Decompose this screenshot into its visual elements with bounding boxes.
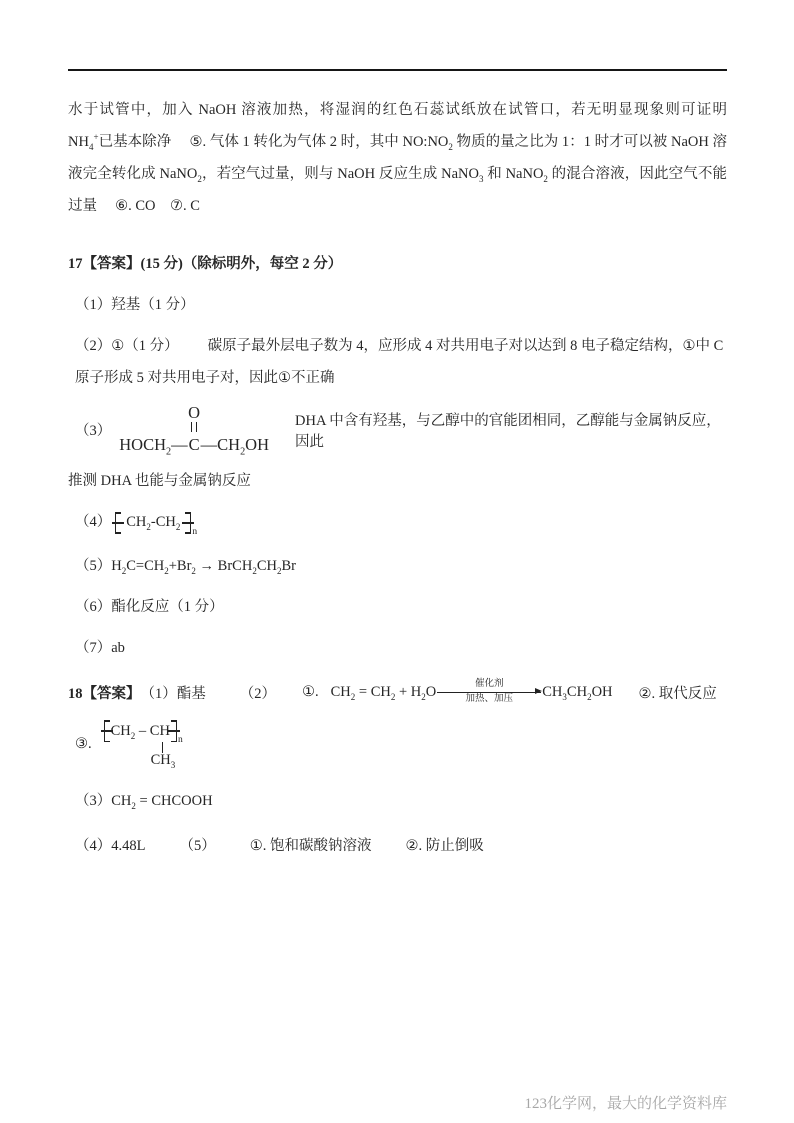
answer-18-item-3-polymer: ③. CH2 – CHn CH3: [68, 720, 727, 769]
arrowhead: [535, 688, 542, 694]
answer-18-item-4: （4）4.48L: [75, 834, 145, 855]
item-3-explanation: DHA 中含有羟基，与乙醇中的官能团相同，乙醇能与金属钠反应，因此: [295, 409, 727, 451]
catalyst-label: 催化剂: [475, 679, 504, 691]
reaction-arrow: [437, 692, 541, 694]
bond-through-bracket: [182, 522, 194, 524]
answer-18-items-4-5: （4）4.48L （5） ①. 饱和碳酸钠溶液 ②. 防止倒吸: [68, 834, 727, 855]
document-page: 水于试管中，加入 NaOH 溶液加热，将湿润的红色石蕊试纸放在试管口，若无明显现…: [68, 0, 727, 855]
circle-3-label: ③.: [75, 736, 92, 753]
answer-18-item-5-1: ①. 饱和碳酸钠溶液: [250, 834, 372, 855]
formula-right-group: CH2OH: [217, 435, 269, 455]
answer-17-item-1: （1）羟基（1 分）: [68, 293, 727, 314]
carbonyl-double-bond: [191, 422, 197, 432]
answer-18-item-3: （3）CH2 = CHCOOH: [68, 789, 727, 810]
answer-17-item-3: （3） O HOCH2 — C — CH2OH DHA 中含有羟基，与乙醇中的官…: [68, 404, 727, 455]
answer-18-item-2-label: （2）: [240, 682, 276, 703]
top-rule: [68, 69, 727, 71]
answer-17-title: 17【答案】(15 分)（除标明外，每空 2 分）: [68, 252, 727, 273]
intro-paragraph: 水于试管中，加入 NaOH 溶液加热，将湿润的红色石蕊试纸放在试管口，若无明显现…: [68, 94, 727, 222]
bond-through-bracket: [112, 522, 124, 524]
central-carbon-atom: C: [188, 435, 201, 455]
single-bond: —: [171, 435, 188, 455]
answer-17-item-2: （2）①（1 分） 碳原子最外层电子数为 4，应形成 4 对共用电子对以达到 8…: [68, 330, 727, 394]
answer-17-item-4: （4）CH2-CH2n: [68, 510, 727, 534]
answer-18-line-1: 18【答案】 （1）酯基 （2） ①. CH2 = CH2 + H2O 催化剂 …: [68, 679, 727, 706]
single-bond: —: [201, 435, 218, 455]
polymer-bracket-right: [170, 720, 177, 742]
answer-18-item-2-2: ②. 取代反应: [639, 682, 717, 703]
polymer-subscript-n: n: [178, 735, 183, 745]
polymer-repeat-unit: CH2 – CH: [111, 723, 170, 740]
answer-18-item-5-label: （5）: [179, 834, 215, 855]
bond-through-bracket: [101, 730, 113, 732]
polymer-repeat-unit: CH2-CH2: [122, 514, 184, 531]
reaction-condition-arrow: 催化剂 加热、加压: [437, 679, 541, 706]
answer-18-item-1: （1）酯基: [141, 682, 206, 703]
equation-product: CH3CH2OH: [542, 684, 612, 701]
item-4-label: （4）: [75, 514, 111, 530]
formula-left-group: HOCH2: [119, 435, 171, 455]
polypropylene-polymer-formula: CH2 – CHn CH3: [104, 720, 183, 769]
polyethylene-polymer-formula: CH2-CH2n: [115, 512, 197, 534]
answer-18-heading: 18【答案】: [68, 682, 141, 703]
polymer-bracket-right: [184, 512, 191, 534]
answer-18-item-5-2: ②. 防止倒吸: [405, 834, 483, 855]
heat-pressure-label: 加热、加压: [465, 694, 513, 706]
methyl-branch: CH3: [151, 753, 176, 769]
bond-through-bracket: [168, 730, 180, 732]
polymer-bracket-left: [104, 720, 111, 742]
item-3-label: （3）: [75, 419, 111, 440]
dha-structural-formula: O HOCH2 — C — CH2OH: [119, 404, 269, 455]
equation-reactants: CH2 = CH2 + H2O: [331, 684, 437, 701]
equation-circle-1: ①.: [302, 684, 319, 701]
polymer-subscript-n: n: [192, 527, 197, 537]
answer-17-item-3-continuation: 推测 DHA 也能与金属钠反应: [68, 469, 727, 490]
carbonyl-oxygen-atom: O: [188, 404, 200, 421]
watermark: 123化学网，最大的化学资料库: [524, 1092, 727, 1113]
answer-17-item-7: （7）ab: [68, 636, 727, 657]
answer-17-item-6: （6）酯化反应（1 分）: [68, 595, 727, 616]
polymer-bracket-left: [115, 512, 122, 534]
answer-18-section: 18【答案】 （1）酯基 （2） ①. CH2 = CH2 + H2O 催化剂 …: [68, 679, 727, 855]
hydration-equation: CH2 = CH2 + H2O 催化剂 加热、加压 CH3CH2OH: [331, 679, 613, 706]
answer-17-section: 17【答案】(15 分)（除标明外，每空 2 分） （1）羟基（1 分） （2）…: [68, 252, 727, 657]
polymer-top-row: CH2 – CHn: [104, 720, 183, 742]
answer-17-item-5: （5）H2C=CH2+Br2 → BrCH2CH2Br: [68, 554, 727, 575]
